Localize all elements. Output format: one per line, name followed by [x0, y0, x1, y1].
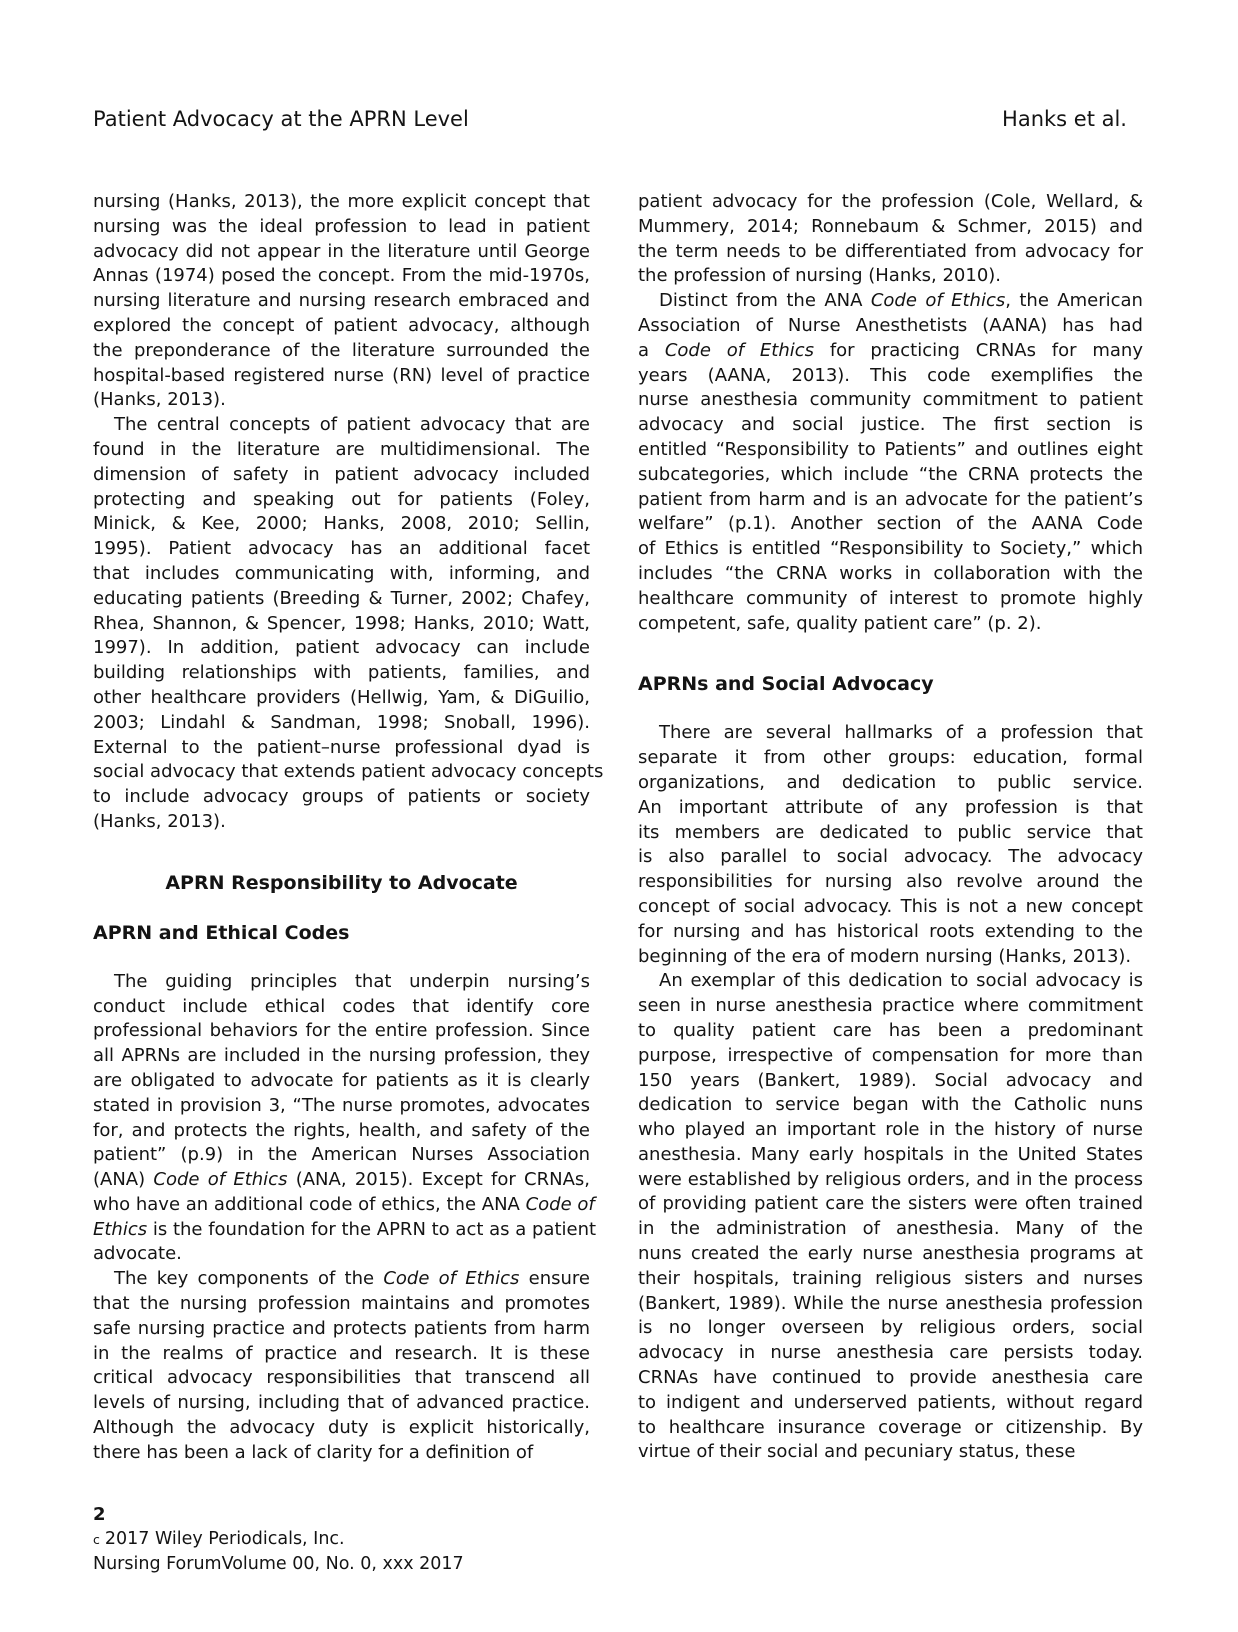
- text-line: who have an additional code of ethics, t…: [93, 1193, 590, 1218]
- text-line: patient” (p.9) in the American Nurses As…: [93, 1143, 590, 1168]
- paragraph: patient advocacy for the profession (Col…: [638, 190, 1143, 289]
- text-line: conduct include ethical codes that ident…: [93, 995, 590, 1020]
- text-line: all APRNs are included in the nursing pr…: [93, 1044, 590, 1069]
- text-line: for nursing and has historical roots ext…: [638, 920, 1143, 945]
- text-line: who played an important role in the hist…: [638, 1118, 1143, 1143]
- text-line: safe nursing practice and protects patie…: [93, 1317, 590, 1342]
- text-line: to quality patient care has been a predo…: [638, 1019, 1143, 1044]
- text-line: their hospitals, training religious sist…: [638, 1267, 1143, 1292]
- text-line: the preponderance of the literature surr…: [93, 339, 590, 364]
- page-header: Patient Advocacy at the APRN Level Hanks…: [93, 106, 1127, 132]
- text-line: nursing (Hanks, 2013), the more explicit…: [93, 190, 590, 215]
- text-line: professional behaviors for the entire pr…: [93, 1019, 590, 1044]
- text-line: to healthcare insurance coverage or citi…: [638, 1416, 1143, 1441]
- text-line: The guiding principles that underpin nur…: [93, 970, 590, 995]
- text-line: critical advocacy responsibilities that …: [93, 1366, 590, 1391]
- text-line: anesthesia. Many early hospitals in the …: [638, 1143, 1143, 1168]
- text-line: advocate.: [93, 1242, 590, 1267]
- text-line: An exemplar of this dedication to social…: [638, 969, 1143, 994]
- text-line: virtue of their social and pecuniary sta…: [638, 1440, 1143, 1465]
- copyright-symbol: c: [93, 1532, 100, 1547]
- text-line: Distinct from the ANA Code of Ethics, th…: [638, 289, 1143, 314]
- text-line: purpose, irrespective of compensation fo…: [638, 1044, 1143, 1069]
- text-line: beginning of the era of modern nursing (…: [638, 945, 1143, 970]
- right-column: patient advocacy for the profession (Col…: [638, 190, 1143, 1466]
- text-line: (Hanks, 2013).: [93, 810, 590, 835]
- text-line: years (AANA, 2013). This code exemplifie…: [638, 364, 1143, 389]
- text-line: levels of nursing, including that of adv…: [93, 1391, 590, 1416]
- text-line: includes “the CRNA works in collaboratio…: [638, 562, 1143, 587]
- text-line: Rhea, Shannon, & Spencer, 1998; Hanks, 2…: [93, 612, 590, 637]
- text-line: there has been a lack of clarity for a d…: [93, 1441, 590, 1466]
- journal-issue: Volume 00, No. 0, xxx 2017: [222, 1554, 464, 1574]
- text-line: nurse anesthesia community commitment to…: [638, 388, 1143, 413]
- text-line: advocacy in nurse anesthesia care persis…: [638, 1341, 1143, 1366]
- text-line: the term needs to be differentiated from…: [638, 240, 1143, 265]
- text-line: nursing was the ideal profession to lead…: [93, 215, 590, 240]
- text-line: stated in provision 3, “The nurse promot…: [93, 1094, 590, 1119]
- text-line: to include advocacy groups of patients o…: [93, 785, 590, 810]
- text-line: that includes communicating with, inform…: [93, 562, 590, 587]
- text-line: Ethics is the foundation for the APRN to…: [93, 1218, 590, 1243]
- text-line: is no longer overseen by religious order…: [638, 1316, 1143, 1341]
- text-line: hospital-based registered nurse (RN) lev…: [93, 364, 590, 389]
- text-line: 1995). Patient advocacy has an additiona…: [93, 537, 590, 562]
- text-line: explored the concept of patient advocacy…: [93, 314, 590, 339]
- text-line: in the administration of anesthesia. Man…: [638, 1217, 1143, 1242]
- text-line: in the realms of practice and research. …: [93, 1342, 590, 1367]
- paragraph: Distinct from the ANA Code of Ethics, th…: [638, 289, 1143, 636]
- text-line: a Code of Ethics for practicing CRNAs fo…: [638, 339, 1143, 364]
- text-line: The central concepts of patient advocacy…: [93, 413, 590, 438]
- text-line: building relationships with patients, fa…: [93, 661, 590, 686]
- text-line: Association of Nurse Anesthetists (AANA)…: [638, 314, 1143, 339]
- text-line: is also parallel to social advocacy. The…: [638, 845, 1143, 870]
- text-line: that the nursing profession maintains an…: [93, 1292, 590, 1317]
- text-line: for, and protects the rights, health, an…: [93, 1119, 590, 1144]
- text-line: (Bankert, 1989). While the nurse anesthe…: [638, 1292, 1143, 1317]
- text-line: Annas (1974) posed the concept. From the…: [93, 264, 590, 289]
- text-line: advocacy did not appear in the literatur…: [93, 240, 590, 265]
- text-line: The key components of the Code of Ethics…: [93, 1267, 590, 1292]
- text-line: Mummery, 2014; Ronnebaum & Schmer, 2015)…: [638, 215, 1143, 240]
- text-line: healthcare community of interest to prom…: [638, 587, 1143, 612]
- text-line: of providing patient care the sisters we…: [638, 1192, 1143, 1217]
- text-line: Minick, & Kee, 2000; Hanks, 2008, 2010; …: [93, 512, 590, 537]
- text-line: (ANA) Code of Ethics (ANA, 2015). Except…: [93, 1168, 590, 1193]
- text-line: protecting and speaking out for patients…: [93, 488, 590, 513]
- text-line: nuns created the early nurse anesthesia …: [638, 1242, 1143, 1267]
- text-line: to indigent and underserved patients, wi…: [638, 1391, 1143, 1416]
- paragraph: There are several hallmarks of a profess…: [638, 721, 1143, 969]
- paragraph: nursing (Hanks, 2013), the more explicit…: [93, 190, 590, 413]
- text-line: concept of social advocacy. This is not …: [638, 895, 1143, 920]
- article-body: nursing (Hanks, 2013), the more explicit…: [93, 190, 1143, 1466]
- copyright-text: 2017 Wiley Periodicals, Inc.: [105, 1529, 345, 1549]
- paragraph: The central concepts of patient advocacy…: [93, 413, 590, 835]
- paragraph: An exemplar of this dedication to social…: [638, 969, 1143, 1465]
- text-line: 2003; Lindahl & Sandman, 1998; Snoball, …: [93, 711, 590, 736]
- text-line: dedication to service began with the Cat…: [638, 1093, 1143, 1118]
- text-line: entitled “Responsibility to Patients” an…: [638, 438, 1143, 463]
- text-line: dimension of safety in patient advocacy …: [93, 463, 590, 488]
- text-line: were established by religious orders, an…: [638, 1168, 1143, 1193]
- section-heading: APRN Responsibility to Advocate: [93, 870, 590, 896]
- text-line: found in the literature are multidimensi…: [93, 438, 590, 463]
- text-line: educating patients (Breeding & Turner, 2…: [93, 587, 590, 612]
- left-column: nursing (Hanks, 2013), the more explicit…: [93, 190, 590, 1466]
- document-page: Patient Advocacy at the APRN Level Hanks…: [0, 0, 1238, 1632]
- text-line: other healthcare providers (Hellwig, Yam…: [93, 686, 590, 711]
- text-line: responsibilities for nursing also revolv…: [638, 870, 1143, 895]
- text-line: Although the advocacy duty is explicit h…: [93, 1416, 590, 1441]
- copyright-line: c2017 Wiley Periodicals, Inc.: [93, 1527, 464, 1552]
- text-line: CRNAs have continued to provide anesthes…: [638, 1366, 1143, 1391]
- text-line: of Ethics is entitled “Responsibility to…: [638, 537, 1143, 562]
- text-line: There are several hallmarks of a profess…: [638, 721, 1143, 746]
- text-line: are obligated to advocate for patients a…: [93, 1069, 590, 1094]
- text-line: patient advocacy for the profession (Col…: [638, 190, 1143, 215]
- text-line: (Hanks, 2013).: [93, 388, 590, 413]
- text-line: nursing literature and nursing research …: [93, 289, 590, 314]
- paragraph: The key components of the Code of Ethics…: [93, 1267, 590, 1465]
- text-line: subcategories, which include “the CRNA p…: [638, 463, 1143, 488]
- text-line: social advocacy that extends patient adv…: [93, 760, 590, 785]
- header-authors: Hanks et al.: [1002, 106, 1127, 132]
- text-line: welfare” (p.1). Another section of the A…: [638, 512, 1143, 537]
- text-line: An important attribute of any profession…: [638, 796, 1143, 821]
- text-line: seen in nurse anesthesia practice where …: [638, 994, 1143, 1019]
- text-line: advocacy and social justice. The first s…: [638, 413, 1143, 438]
- section-heading: APRN and Ethical Codes: [93, 920, 590, 946]
- running-title: Patient Advocacy at the APRN Level: [93, 106, 469, 132]
- text-line: 1997). In addition, patient advocacy can…: [93, 636, 590, 661]
- paragraph: The guiding principles that underpin nur…: [93, 970, 590, 1268]
- text-line: External to the patient–nurse profession…: [93, 736, 590, 761]
- text-line: competent, safe, quality patient care” (…: [638, 612, 1143, 637]
- text-line: its members are dedicated to public serv…: [638, 821, 1143, 846]
- text-line: the profession of nursing (Hanks, 2010).: [638, 264, 1143, 289]
- text-line: 150 years (Bankert, 1989). Social advoca…: [638, 1069, 1143, 1094]
- journal-name: Nursing Forum: [93, 1554, 222, 1574]
- text-line: separate it from other groups: education…: [638, 746, 1143, 771]
- journal-line: Nursing ForumVolume 00, No. 0, xxx 2017: [93, 1552, 464, 1577]
- page-footer: 2 c2017 Wiley Periodicals, Inc. Nursing …: [93, 1502, 464, 1577]
- text-line: organizations, and dedication to public …: [638, 771, 1143, 796]
- page-number: 2: [93, 1502, 464, 1527]
- text-line: patient from harm and is an advocate for…: [638, 488, 1143, 513]
- section-heading: APRNs and Social Advocacy: [638, 671, 1143, 697]
